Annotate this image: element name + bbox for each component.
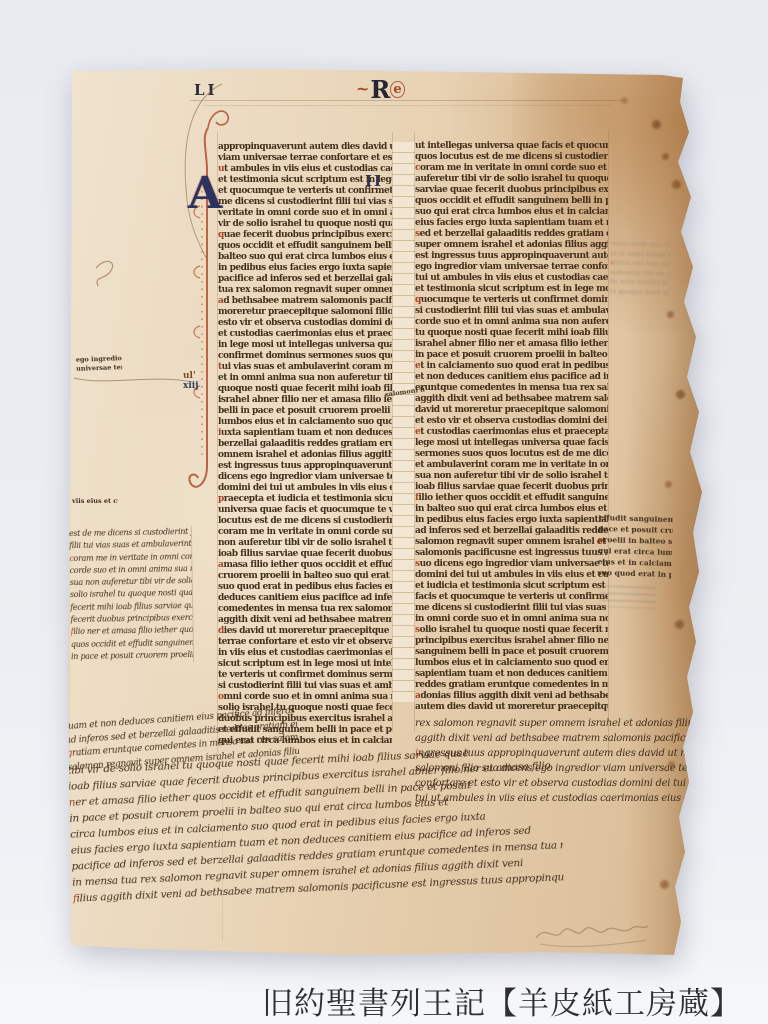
running-header-letter: R	[370, 75, 390, 104]
caption: 旧約聖書列王記【羊皮紙工房蔵】	[262, 978, 742, 1023]
text-column-right: ut intellegas universa quae facis et quo…	[415, 141, 608, 713]
manuscript-leaf: LI ~Re A II appropinquaverunt autem dies…	[62, 62, 702, 972]
rubric-squiggle: ~	[356, 79, 369, 98]
text-column-left: appropinquaverunt autem dies david ut mo…	[218, 142, 392, 748]
edge-wormhole-spots	[62, 62, 67, 67]
margin-squiggle	[92, 248, 132, 298]
intercolumn-ruling-band	[392, 142, 415, 702]
leaf-left-edge	[62, 62, 71, 972]
running-header-suffix: e	[390, 81, 404, 98]
parchment-surface: LI ~Re A II appropinquaverunt autem dies…	[62, 62, 702, 972]
leaf-top-edge	[62, 62, 702, 68]
faint-stamp	[600, 585, 657, 609]
bottom-annotation-right: rex salomon regnavit super omnem israhel…	[415, 716, 715, 812]
margin-note-small-2: viis eius et custodias caerimonias eius …	[72, 497, 118, 507]
right-margin-gloss: effudit sanguinem belli in pace et posui…	[597, 512, 673, 584]
left-margin-gloss: est de me dicens si custodierint filii t…	[69, 526, 194, 664]
margin-note-underline	[74, 372, 196, 388]
owner-signature	[532, 914, 662, 954]
margin-chapter-marks: ul' xiij	[183, 371, 198, 391]
photo-background: LI ~Re A II appropinquaverunt autem dies…	[0, 0, 768, 1024]
showthrough-text: omni corde suo et in omni animaet in omn…	[609, 239, 671, 303]
column1-right-rule	[392, 132, 393, 732]
running-header-center: ~Re	[356, 75, 405, 104]
column2-right-rule	[608, 132, 609, 752]
leaf-bottom-edge	[62, 958, 702, 972]
